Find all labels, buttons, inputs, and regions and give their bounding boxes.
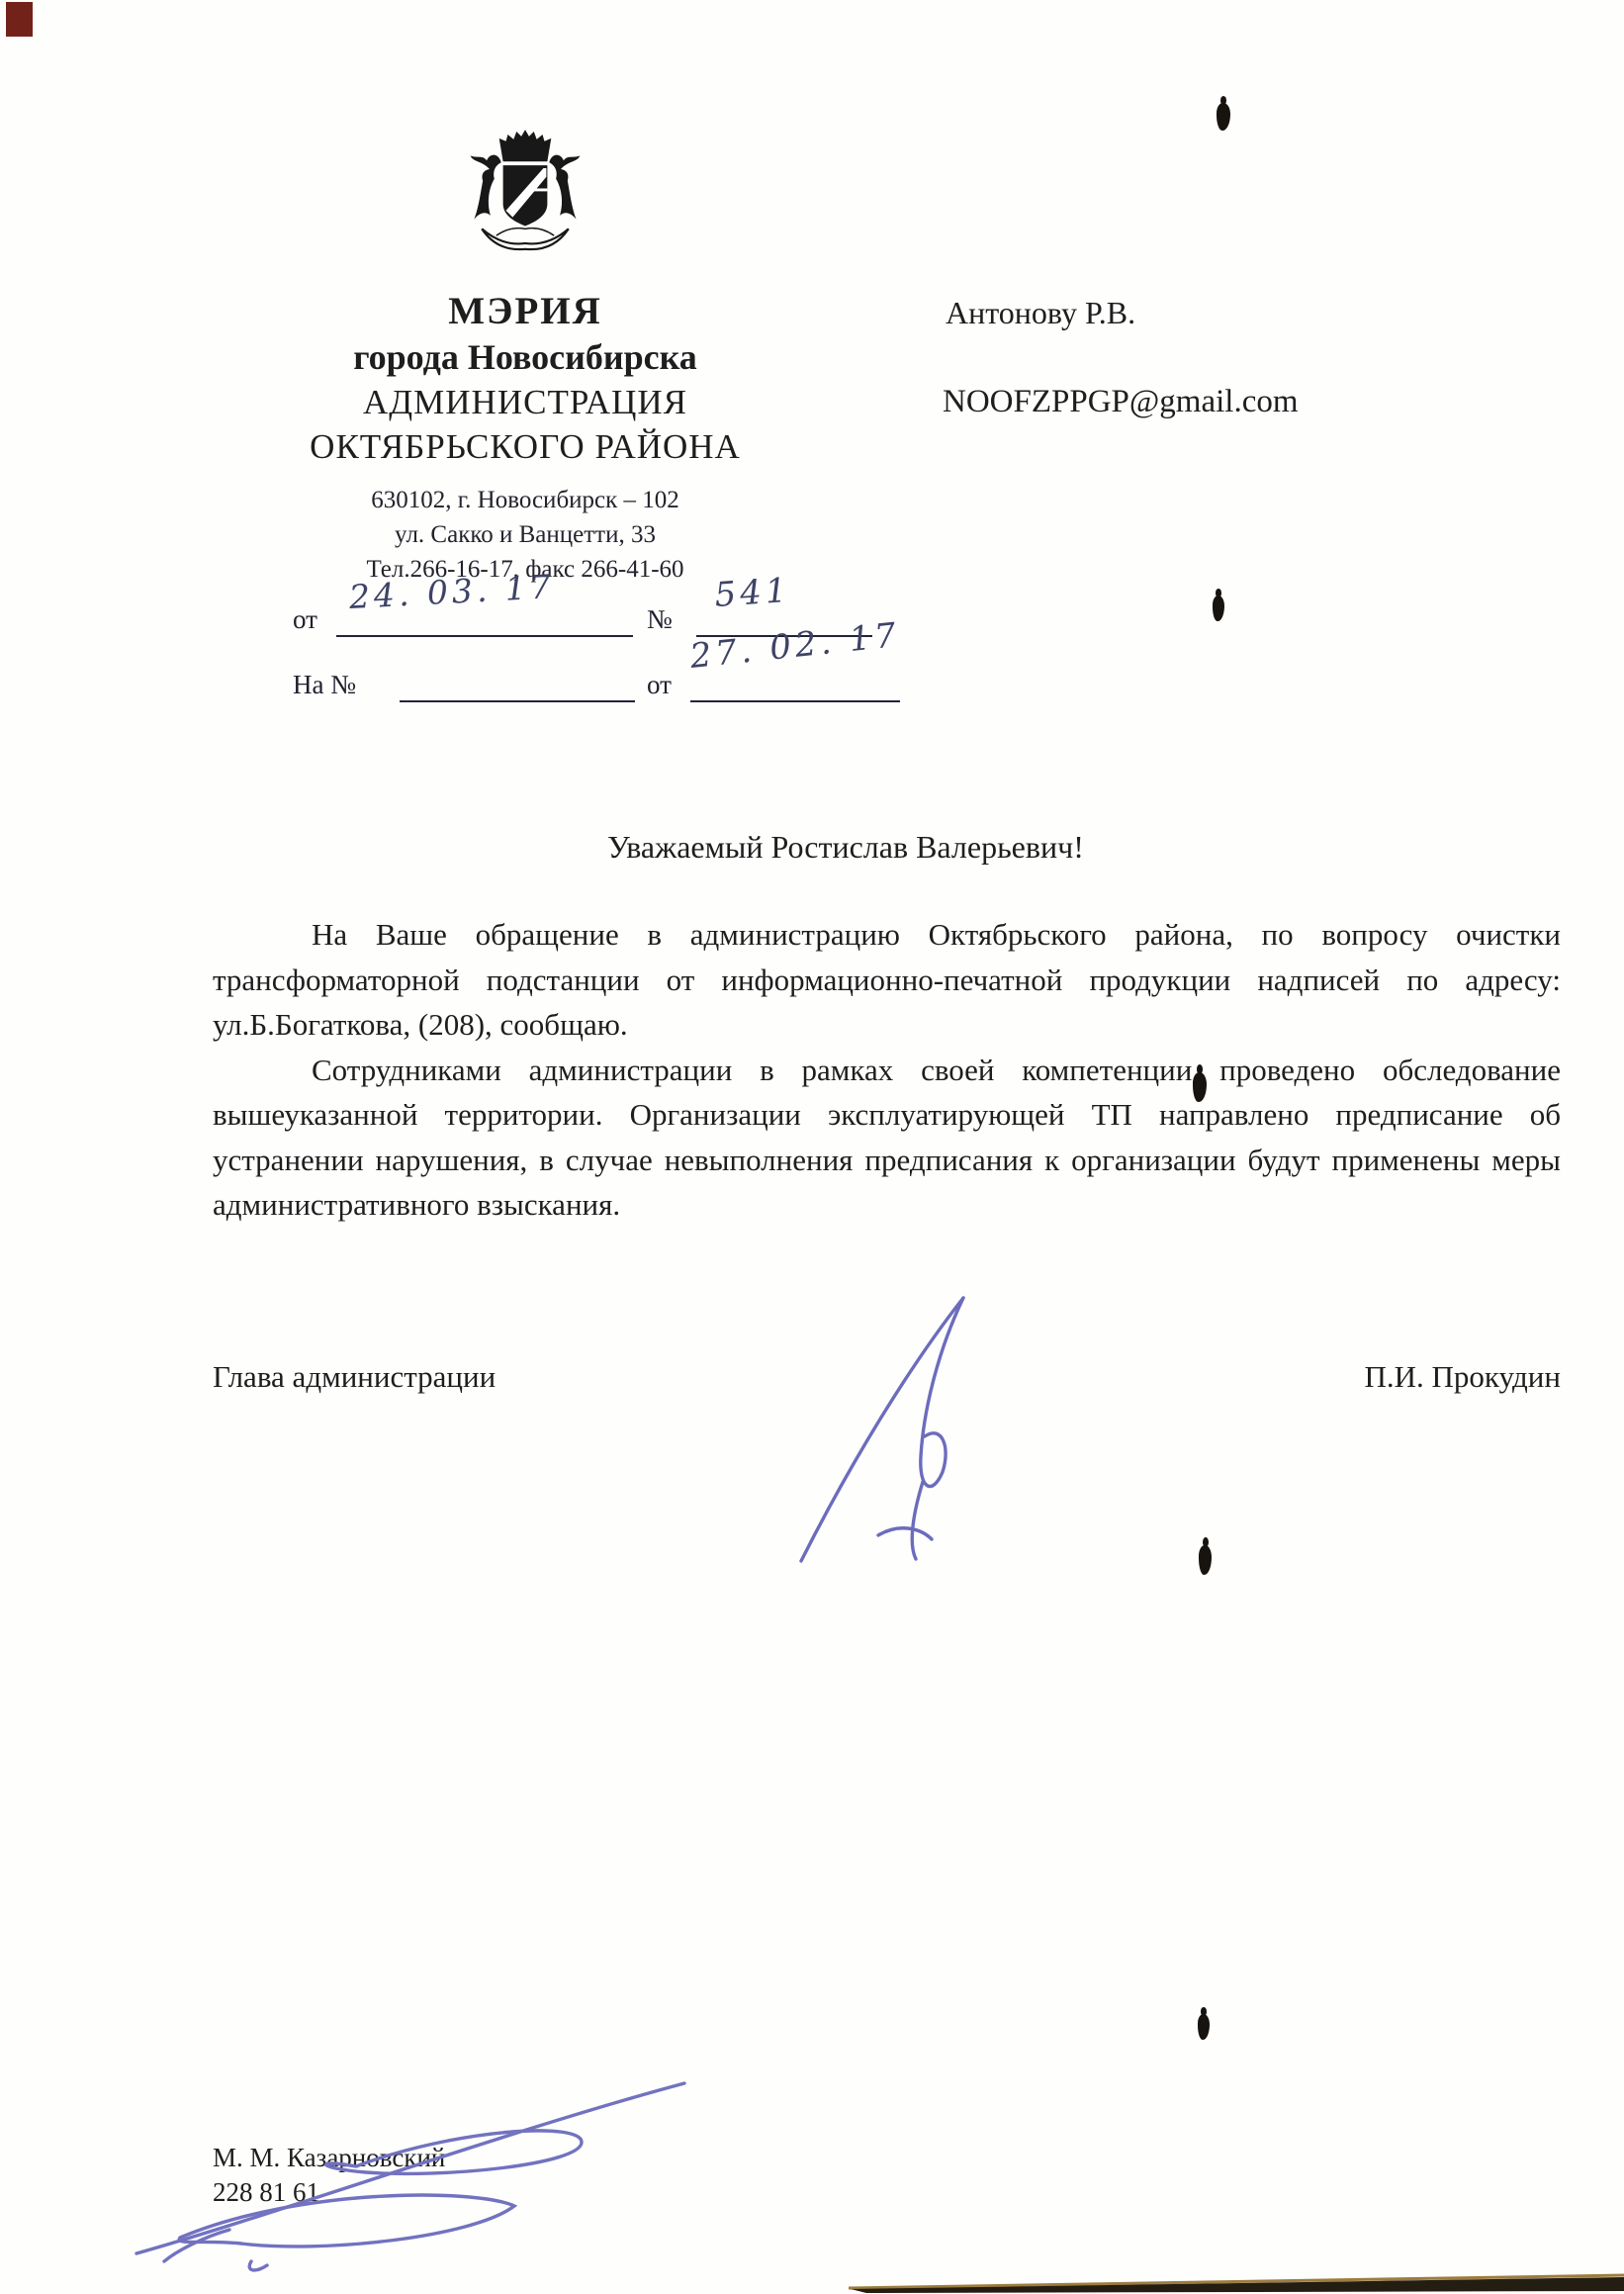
reply-no-line bbox=[400, 671, 635, 702]
body-paragraph-2: Сотрудниками администрации в рамках свое… bbox=[213, 1048, 1561, 1228]
scanned-letter-page: МЭРИЯ города Новосибирска АДМИНИСТРАЦИЯ … bbox=[0, 0, 1624, 2294]
org-name-line3: АДМИНИСТРАЦИЯ bbox=[168, 380, 882, 424]
recipient-email: NOOFZPPGP@gmail.com bbox=[943, 384, 1299, 420]
reply-ref-line: На № от 27. 02. 17 bbox=[293, 655, 946, 706]
letter-body: На Ваше обращение в администрацию Октябр… bbox=[213, 912, 1561, 1228]
ink-speck bbox=[1213, 596, 1224, 621]
executor-pen-scribble bbox=[119, 2067, 702, 2275]
org-name-line1: МЭРИЯ bbox=[168, 289, 882, 334]
scan-bottom-edge bbox=[0, 2265, 1624, 2294]
novosibirsk-coat-of-arms-icon bbox=[453, 129, 597, 283]
org-name-line2: города Новосибирска bbox=[168, 334, 882, 380]
ink-speck bbox=[1198, 2014, 1210, 2040]
salutation: Уважаемый Ростислав Валерьевич! bbox=[168, 829, 1523, 866]
reply-date-line bbox=[690, 671, 900, 702]
ref-from-label: от bbox=[293, 604, 317, 635]
letterhead: МЭРИЯ города Новосибирска АДМИНИСТРАЦИЯ … bbox=[168, 129, 882, 587]
ref-no-label: № bbox=[647, 604, 673, 635]
org-address-line2: ул. Сакко и Ванцетти, 33 bbox=[168, 517, 882, 552]
signer-name: П.И. Прокудин bbox=[1364, 1359, 1561, 1395]
body-paragraph-1: На Ваше обращение в администрацию Октябр… bbox=[213, 912, 1561, 1048]
ref-no-handwritten: 541 bbox=[713, 571, 792, 615]
reply-from-label: от bbox=[647, 670, 672, 700]
reply-label: На № bbox=[293, 670, 356, 700]
ink-speck bbox=[1199, 1545, 1212, 1575]
ink-speck bbox=[1217, 103, 1230, 131]
recipient-name: Антонову Р.В. bbox=[946, 295, 1135, 331]
scan-corner-mark bbox=[6, 2, 33, 37]
prokudin-signature-ink bbox=[762, 1286, 1058, 1573]
org-name-line4: ОКТЯБРЬСКОГО РАЙОНА bbox=[168, 424, 882, 469]
org-address-line1: 630102, г. Новосибирск – 102 bbox=[168, 483, 882, 517]
signer-title: Глава администрации bbox=[213, 1359, 496, 1395]
